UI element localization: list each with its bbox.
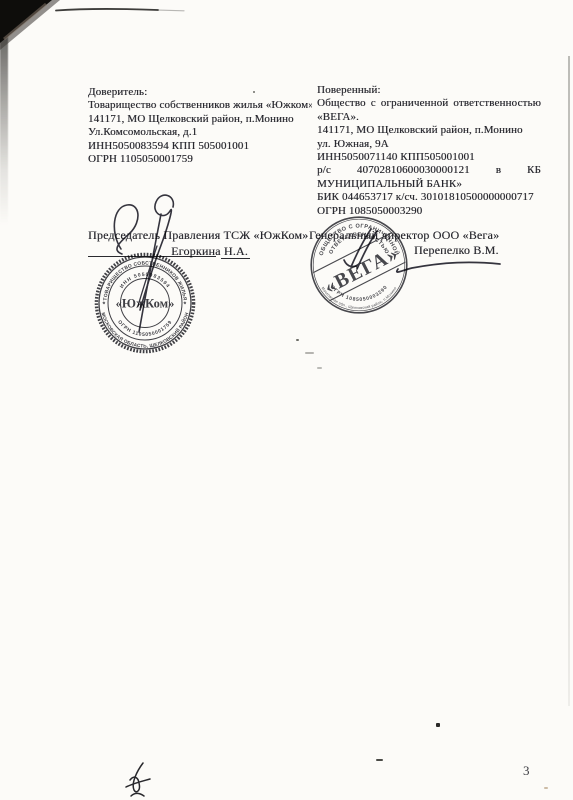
right-edge-scan-line <box>568 56 570 706</box>
scan-speck <box>376 759 383 761</box>
stamp-text-inner-top: ИНН 5050083594 <box>119 272 171 290</box>
principal-line: Ул.Комсомольская, д.1 <box>88 126 312 139</box>
scanned-document-page: Доверитель: Товарищество собственников ж… <box>0 0 573 800</box>
attorney-line: ИНН5050071140 КПП505001001 <box>317 151 541 164</box>
principal-signatory-name: Егоркина Н.А. <box>88 244 248 259</box>
left-edge-scan-shadow <box>0 0 8 225</box>
stamp-outer-ring <box>99 257 191 349</box>
attorney-line: ОГРН 1085050003290 <box>317 205 541 218</box>
principal-signature-title: Председатель Правления ТСЖ «ЮжКом» <box>88 228 312 243</box>
attorney-signatory-name: Перепелко В.М. <box>414 243 499 258</box>
top-scan-line <box>56 9 184 11</box>
corner-fold-outer <box>0 0 60 50</box>
principal-line: ОГРН 1105050001759 <box>88 153 312 166</box>
principal-line: Товарищество собственников жилья «Южком» <box>88 99 312 112</box>
principal-line: ИНН5050083594 КПП 505001001 <box>88 140 312 153</box>
stamp-text-outer-top: ТОВАРИЩЕСТВО СОБСТВЕННИКОВ ЖИЛЬЯ <box>103 260 188 301</box>
principal-label: Доверитель: <box>88 86 312 99</box>
attorney-stamp: ОБЩЕСТВО С ОГРАНИЧЕННОЙ ОТВЕТСТВЕННОСТЬЮ… <box>304 210 414 320</box>
corner-fold-highlight <box>4 4 46 39</box>
attorney-line: р/с 40702810600030000121 в КБ «БОГОРОДСК… <box>317 164 541 177</box>
stamp-text-inner-bottom: ОГРН 1085050003290 <box>329 284 389 303</box>
scan-speck <box>544 787 548 789</box>
principal-stamp: ТОВАРИЩЕСТВО СОБСТВЕННИКОВ ЖИЛЬЯ МОСКОВС… <box>92 250 198 356</box>
stamp-star-right: * <box>184 302 187 309</box>
scan-speck <box>305 352 314 354</box>
attorney-line: БИК 044653717 к/сч. 30101810500000000717 <box>317 191 541 204</box>
principal-block: Доверитель: Товарищество собственников ж… <box>88 86 312 166</box>
scan-speck <box>296 339 299 341</box>
stamp-inner-ring <box>121 279 170 328</box>
attorney-label: Поверенный: <box>317 84 541 97</box>
page-number: 3 <box>523 763 530 779</box>
attorney-signature-title: Генеральный директор ООО «Вега» <box>309 228 541 243</box>
bottom-initials-ink <box>126 763 150 796</box>
stamp-center-name: «ЮжКом» <box>116 297 175 311</box>
attorney-line: ул. Южная, 9А <box>317 138 541 151</box>
attorney-line: 141171, МО Щелковский район, п.Монино <box>317 124 541 137</box>
scan-speck <box>317 367 322 369</box>
stamp-center-name: «ВЕГА» <box>321 242 403 298</box>
stamp-text-outer-bottom: МОСКОВСКАЯ ОБЛАСТЬ, ЩЕЛКОВСКИЙ РАЙОН <box>101 311 190 348</box>
stamp-serrated-border <box>96 254 193 351</box>
stamp-text-outer-bottom: Московская обл., Щелковский район, п.Мон… <box>321 286 398 310</box>
attorney-line: МУНИЦИПАЛЬНЫЙ БАНК» <box>317 178 541 191</box>
attorney-line: «ВЕГА». <box>317 111 541 124</box>
principal-line: 141171, МО Щелковский район, п.Монино <box>88 113 312 126</box>
stamp-text-inner-bottom: ОГРН 1105050001759 <box>116 319 174 338</box>
stamp-middle-ring <box>108 266 182 340</box>
principal-signature-ink <box>114 195 173 332</box>
attorney-block: Поверенный: Общество с ограниченной отве… <box>317 84 541 218</box>
attorney-line: Общество с ограниченной ответственностью <box>317 97 541 110</box>
scan-speck <box>436 723 440 727</box>
stamp-star-left: * <box>103 302 106 309</box>
corner-fold-artifact <box>0 0 70 62</box>
